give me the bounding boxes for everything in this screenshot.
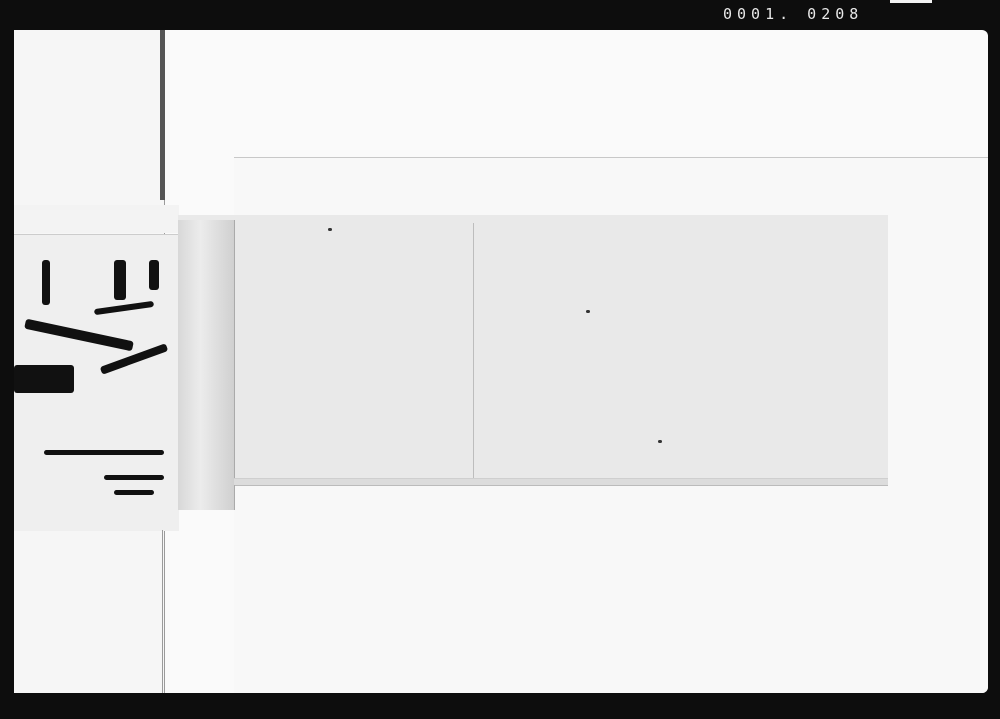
calligraphy-stroke bbox=[114, 490, 154, 495]
calligraphy-stroke bbox=[149, 260, 159, 290]
calligraphy-stroke bbox=[94, 301, 154, 315]
cover-label-calligraphy bbox=[14, 234, 179, 531]
calligraphy-stroke bbox=[104, 475, 164, 480]
fold-line bbox=[473, 223, 474, 478]
calligraphy-stroke bbox=[24, 319, 134, 352]
calligraphy-stroke bbox=[100, 343, 169, 374]
frame-number: 0001. 0208 bbox=[723, 5, 863, 23]
calligraphy-stroke bbox=[14, 365, 74, 393]
sheet-edge bbox=[162, 530, 163, 693]
calligraphy-stroke bbox=[114, 260, 126, 300]
bundle-spine bbox=[178, 220, 235, 510]
scan-page bbox=[14, 30, 988, 693]
document-bundle bbox=[178, 215, 888, 485]
film-edge-tab bbox=[890, 0, 932, 3]
calligraphy-stroke bbox=[42, 260, 50, 305]
calligraphy-stroke bbox=[44, 450, 164, 455]
